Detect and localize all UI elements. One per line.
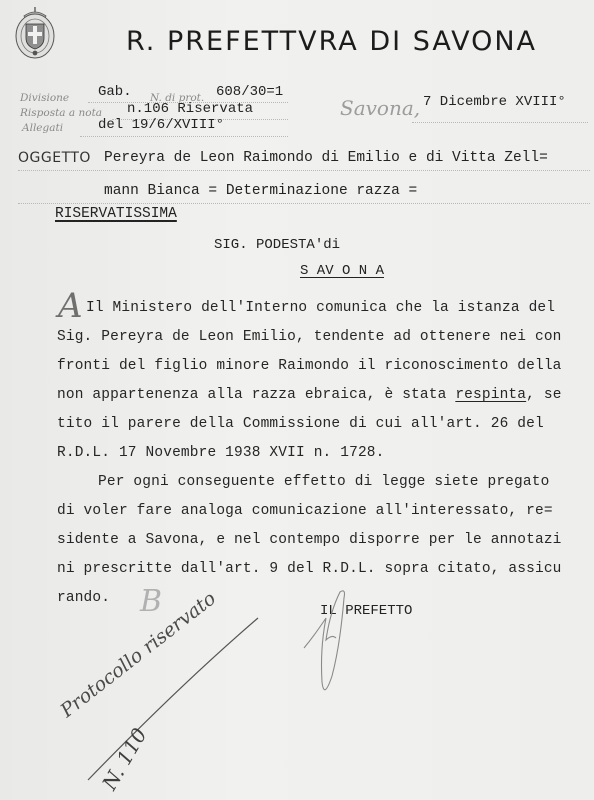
handwritten-mark-a: A <box>58 286 83 326</box>
coat-of-arms-icon <box>14 6 56 62</box>
divisione-value: Gab. <box>98 84 132 100</box>
risposta-label: Risposta a nota <box>20 107 102 119</box>
body-line: sidente a Savona, e nel contempo disporr… <box>57 532 562 548</box>
body-line: Il Ministero dell'Interno comunica che l… <box>86 300 555 316</box>
dotted-rule <box>412 122 588 123</box>
body-text: non appartenenza alla razza ebraica, è s… <box>57 387 455 403</box>
dotted-rule <box>18 203 590 204</box>
body-line: di voler fare analoga comunicazione all'… <box>57 503 553 519</box>
addressee-line-2: S AV O N A <box>300 263 384 279</box>
subject-line-1: Pereyra de Leon Raimondo di Emilio e di … <box>104 150 548 166</box>
dotted-rule <box>18 170 590 171</box>
divisione-label: Divisione <box>20 92 69 104</box>
date-value: 7 Dicembre XVIII° <box>423 94 566 110</box>
dotted-rule <box>80 136 288 137</box>
body-line: fronti del figlio minore Raimondo il ric… <box>57 358 562 374</box>
body-line: tito il parere della Commissione di cui … <box>57 416 544 432</box>
body-line: ni prescritte dall'art. 9 del R.D.L. sop… <box>57 561 562 577</box>
document-page: R. PREFETTVRA DI SAVONA Divisione Gab. N… <box>0 0 594 800</box>
allegati-value: del 19/6/XVIII° <box>98 117 224 133</box>
protocol-value: 608/30=1 <box>216 84 283 100</box>
allegati-label: Allegati <box>22 122 63 134</box>
body-line: Per ogni conseguente effetto di legge si… <box>98 474 549 490</box>
letterhead-title: R. PREFETTVRA DI SAVONA <box>126 26 537 57</box>
handwritten-underline-icon <box>80 615 270 785</box>
body-text: , se <box>526 387 561 403</box>
rejected-word: respinta <box>455 387 526 403</box>
body-line: R.D.L. 17 Novembre 1938 XVII n. 1728. <box>57 445 385 461</box>
body-line: rando. <box>57 590 110 606</box>
addressee-line-1: SIG. PODESTA'di <box>214 237 340 253</box>
body-line: Sig. Pereyra de Leon Emilio, tendente ad… <box>57 329 562 345</box>
signature-scribble-icon <box>300 590 370 700</box>
body-line: non appartenenza alla razza ebraica, è s… <box>57 387 562 403</box>
classification-mark: RISERVATISSIMA <box>55 206 177 222</box>
place-label: Savona, <box>340 96 420 120</box>
subject-line-2: mann Bianca = Determinazione razza = <box>104 183 417 199</box>
subject-label: OGGETTO <box>18 150 91 166</box>
handwritten-mark-b: B <box>140 584 162 619</box>
risposta-value: n.106 Riservata <box>127 101 253 117</box>
